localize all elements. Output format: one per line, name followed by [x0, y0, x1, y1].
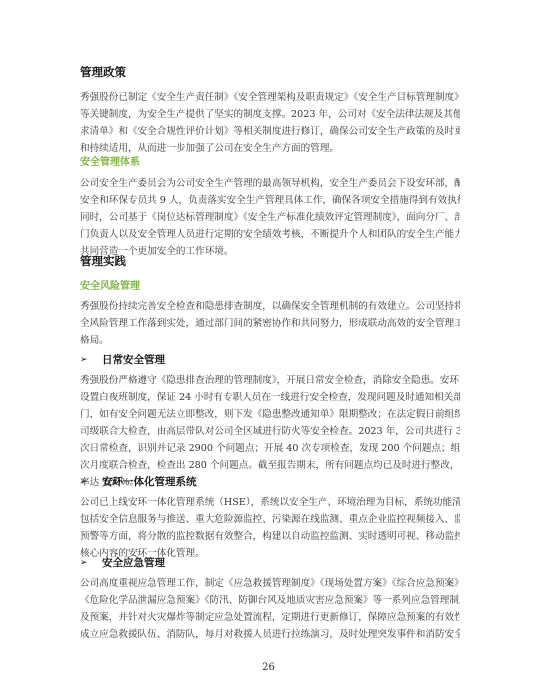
- heading-safety-management-system: 安全管理体系: [80, 153, 140, 168]
- paragraph-management-policy: 秀强股份已制定《安全生产责任制》《安全管理架构及职责规定》《安全生产目标管理制度…: [80, 89, 460, 157]
- heading-safety-risk-management: 安全风险管理: [80, 277, 140, 292]
- paragraph-safety-management-system: 公司安全生产委员会为公司安全生产管理的最高领导机构，安全生产委员会下设安环部，配…: [80, 175, 460, 260]
- heading-management-practice: 管理实践: [80, 253, 126, 269]
- bullet-arrow-icon: ➢: [80, 477, 102, 487]
- paragraph-emergency-management: 公司高度重视应急管理工作，制定《应急救援管理制度》《现场处置方案》《综合应急预案…: [80, 575, 460, 643]
- heading-daily-safety-management: ➢ 日常安全管理: [80, 352, 165, 367]
- document-page: 管理政策 秀强股份已制定《安全生产责任制》《安全管理架构及职责规定》《安全生产目…: [0, 0, 537, 696]
- bullet-arrow-icon: ➢: [80, 355, 102, 365]
- page-number: 26: [0, 662, 537, 673]
- heading-emergency-management: ➢ 安全应急管理: [80, 555, 165, 570]
- paragraph-hse-system: 公司已上线安环一体化管理系统（HSE），系统以安全生产、环境治理为目标，系统功能…: [80, 494, 460, 562]
- heading-hse-system: ➢ 安环一体化管理系统: [80, 474, 197, 489]
- bullet-arrow-icon: ➢: [80, 558, 102, 568]
- paragraph-safety-risk-management: 秀强股份持续完善安全检查和隐患排查制度，以确保安全管理机制的有效建立。公司坚持将…: [80, 298, 460, 349]
- heading-management-policy: 管理政策: [80, 64, 126, 80]
